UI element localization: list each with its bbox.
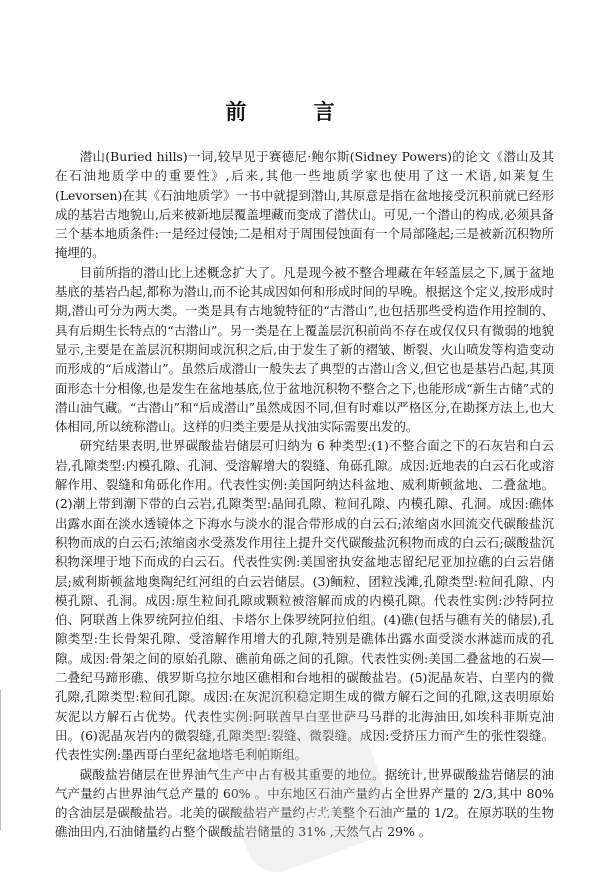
document-page: 前 言 潜山(Buried hills)一词,较早见于赛德尼·鲍尔斯(Sidne… [0, 0, 590, 880]
paragraph-1: 潜山(Buried hills)一词,较早见于赛德尼·鲍尔斯(Sidney Po… [55, 147, 554, 263]
page-title: 前 言 [0, 96, 590, 126]
scan-edge-line [0, 690, 1, 830]
paragraph-2: 目前所指的潜山比上述概念扩大了。凡是现今被不整合埋藏在年轻盖层之下,属于盆地基底… [55, 263, 554, 437]
